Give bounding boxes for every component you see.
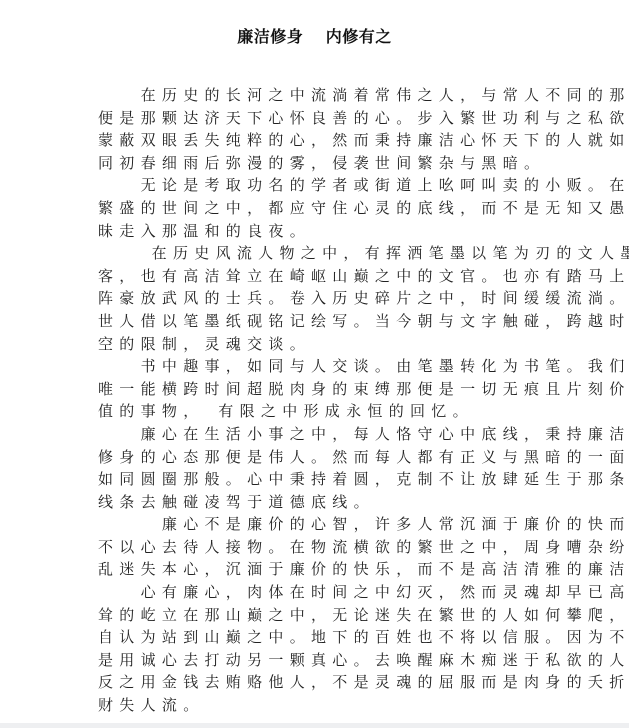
paragraph: 在历史风流人物之中，有挥洒笔墨以笔为刃的文人墨 客，也有高洁耸立在崎岖山巅之中的… [98,242,568,355]
text-line: 如同圆圈那般。心中秉持着圆，克制不让放肆延生于那条 [98,468,568,491]
text-line: 自认为站到山巅之中。地下的百姓也不将以信服。因为不 [98,626,568,649]
text-line: 线条去触碰凌驾于道德底线。 [98,491,568,514]
text-line: 廉心不是廉价的心智，许多人常沉湎于廉价的快而 [98,513,568,536]
paragraph: 心有廉心，肉体在时间之中幻灭，然而灵魂却早已高 耸的屹立在那山巅之中，无论迷失在… [98,581,568,717]
document-title: 廉洁修身 内修有之 [0,24,629,47]
text-line: 书中趣事，如同与人交谈。由笔墨转化为书笔。我们 [98,355,568,378]
text-line: 廉心在生活小事之中，每人恪守心中底线，秉持廉洁 [98,423,568,446]
text-line: 唯一能横跨时间超脱肉身的束缚那便是一切无痕且片刻价 [98,378,568,401]
text-line: 耸的屹立在那山巅之中，无论迷失在繁世的人如何攀爬， [98,604,568,627]
text-line: 是用诚心去打动另一颗真心。去唤醒麻木痴迷于私欲的人， [98,649,568,672]
text-line: 同初春细雨后弥漫的雾，侵袭世间繁杂与黑暗。 [98,152,568,175]
text-line: 空的限制，灵魂交谈。 [98,333,568,356]
text-line: 乱迷失本心，沉湎于廉价的快乐，而不是高洁清雅的廉洁。 [98,558,568,581]
text-line: 无论是考取功名的学者或街道上吆呵叫卖的小贩。在 [98,174,568,197]
text-line: 不以心去待人接物。在物流横欲的繁世之中，周身嘈杂纷 [98,536,568,559]
text-line: 世人借以笔墨纸砚铭记绘写。当今朝与文字触碰，跨越时 [98,310,568,333]
paragraph: 无论是考取功名的学者或街道上吆呵叫卖的小贩。在 繁盛的世间之中，都应守住心灵的底… [98,174,568,242]
text-line: 繁盛的世间之中，都应守住心灵的底线，而不是无知又愚 [98,197,568,220]
page-bottom-edge [0,723,629,728]
text-line: 值的事物， 有限之中形成永恒的回忆。 [98,400,568,423]
text-line: 客，也有高洁耸立在崎岖山巅之中的文官。也亦有踏马上 [98,265,568,288]
paragraph: 廉心在生活小事之中，每人恪守心中底线，秉持廉洁 修身的心态那便是伟人。然而每人都… [98,423,568,513]
text-line: 修身的心态那便是伟人。然而每人都有正义与黑暗的一面， [98,446,568,469]
text-line: 反之用金钱去贿赂他人，不是灵魂的屈服而是肉身的夭折， [98,671,568,694]
text-line: 昧走入那温和的良夜。 [98,220,568,243]
text-line: 蒙蔽双眼丢失纯粹的心，然而秉持廉洁心怀天下的人就如 [98,129,568,152]
text-line: 心有廉心，肉体在时间之中幻灭，然而灵魂却早已高 [98,581,568,604]
text-line: 便是那颗达济天下心怀良善的心。步入繁世功利与之私欲 [98,107,568,130]
text-line: 财失人流。 [98,694,568,717]
text-line: 在历史的长河之中流淌着常伟之人，与常人不同的那 [98,84,568,107]
paragraph: 书中趣事，如同与人交谈。由笔墨转化为书笔。我们 唯一能横跨时间超脱肉身的束缚那便… [98,355,568,423]
text-line: 在历史风流人物之中，有挥洒笔墨以笔为刃的文人墨 [98,242,568,265]
paragraph: 廉心不是廉价的心智，许多人常沉湎于廉价的快而 不以心去待人接物。在物流横欲的繁世… [98,513,568,581]
document-body: 在历史的长河之中流淌着常伟之人，与常人不同的那 便是那颗达济天下心怀良善的心。步… [98,84,568,717]
paragraph: 在历史的长河之中流淌着常伟之人，与常人不同的那 便是那颗达济天下心怀良善的心。步… [98,84,568,174]
document-page: 廉洁修身 内修有之 在历史的长河之中流淌着常伟之人，与常人不同的那 便是那颗达济… [0,0,629,723]
text-line: 阵豪放武风的士兵。卷入历史碎片之中，时间缓缓流淌。 [98,287,568,310]
